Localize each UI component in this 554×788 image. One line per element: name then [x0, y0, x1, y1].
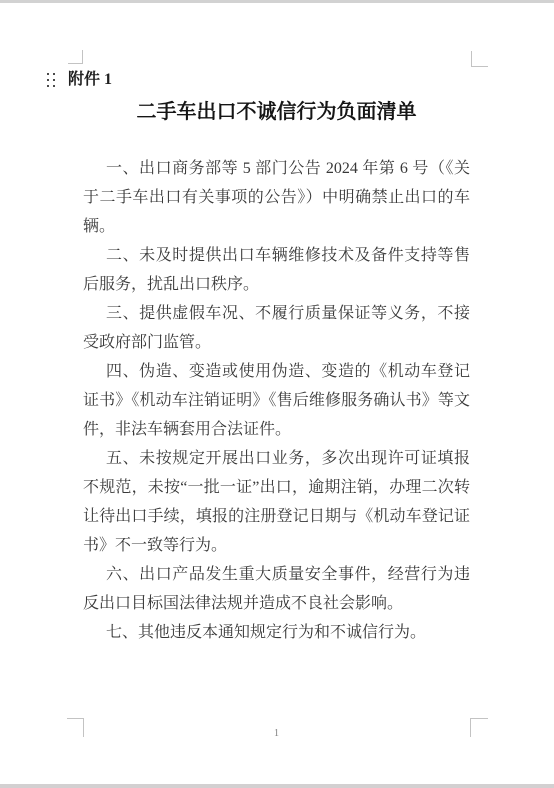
drag-handle-dot [47, 85, 49, 87]
drag-handle-dot [47, 73, 49, 75]
document-page[interactable]: 附件 1 二手车出口不诚信行为负面清单 一、出口商务部等 5 部门公告 2024… [0, 0, 554, 788]
drag-handle-icon[interactable] [47, 73, 55, 87]
attachment-label[interactable]: 附件 1 [68, 70, 112, 90]
text-boundary-mark-top-left [68, 50, 83, 64]
clause-paragraph-5[interactable]: 五、未按规定开展出口业务，多次出现许可证填报不规范，未按“一批一证”出口，逾期注… [83, 444, 470, 560]
page-title[interactable]: 二手车出口不诚信行为负面清单 [83, 99, 470, 125]
text-boundary-mark-top-right [471, 51, 488, 67]
clause-paragraph-7[interactable]: 七、其他违反本通知规定行为和不诚信行为。 [83, 618, 470, 647]
clause-paragraph-1[interactable]: 一、出口商务部等 5 部门公告 2024 年第 6 号（《关于二手车出口有关事项… [83, 154, 470, 241]
clause-paragraph-2[interactable]: 二、未及时提供出口车辆维修技术及备件支持等售后服务，扰乱出口秩序。 [83, 241, 470, 299]
clause-paragraph-4[interactable]: 四、伪造、变造或使用伪造、变造的《机动车登记证书》《机动车注销证明》《售后维修服… [83, 357, 470, 444]
drag-handle-dot [53, 85, 55, 87]
window-top-edge [0, 0, 554, 3]
text-boundary-mark-bottom-right [470, 718, 488, 737]
document-body[interactable]: 一、出口商务部等 5 部门公告 2024 年第 6 号（《关于二手车出口有关事项… [83, 154, 470, 647]
drag-handle-dot [47, 79, 49, 81]
page-number: 1 [83, 728, 470, 740]
drag-handle-dot [53, 79, 55, 81]
drag-handle-dot [53, 73, 55, 75]
window-bottom-edge [0, 784, 554, 788]
clause-paragraph-6[interactable]: 六、出口产品发生重大质量安全事件，经营行为违反出口目标国法律法规并造成不良社会影… [83, 560, 470, 618]
clause-paragraph-3[interactable]: 三、提供虚假车况、不履行质量保证等义务，不接受政府部门监管。 [83, 299, 470, 357]
text-boundary-mark-bottom-left [67, 718, 84, 737]
